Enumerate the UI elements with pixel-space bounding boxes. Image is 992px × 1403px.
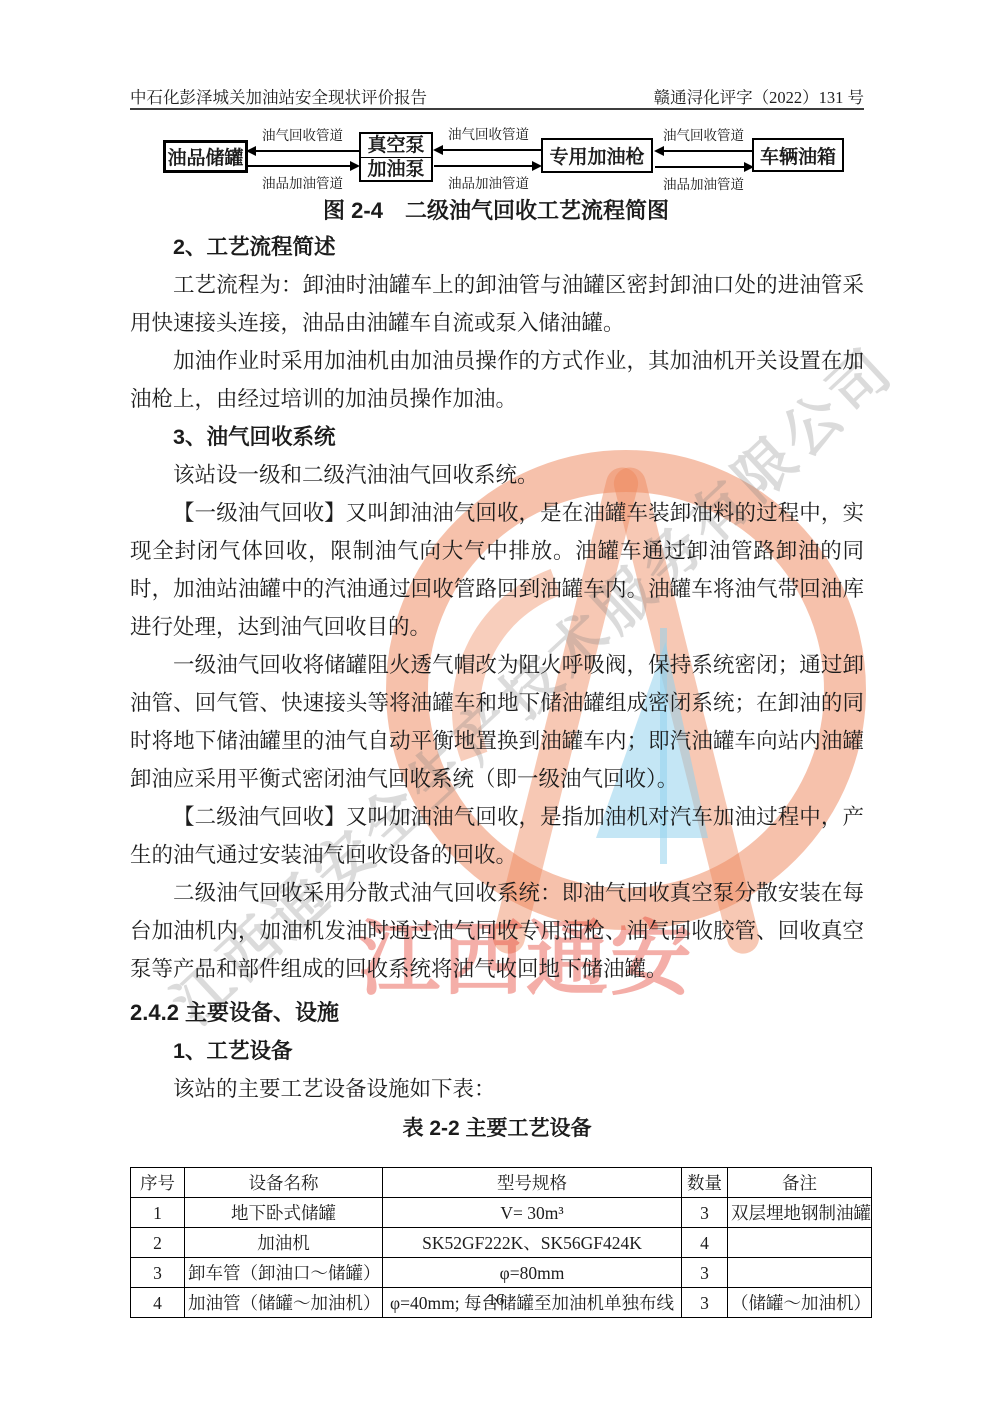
header-rule [130, 108, 864, 110]
pipe-label-fuel: 油品加油管道 [262, 172, 343, 192]
diagram-node-storage-tank: 油品储罐 [163, 140, 248, 173]
diagram-node-vehicle-tank: 车辆油箱 [752, 138, 844, 172]
table-caption: 表 2-2 主要工艺设备 [130, 1112, 864, 1146]
table-cell: 3 [131, 1258, 185, 1288]
heading-vapor-recovery: 3、油气回收系统 [130, 418, 864, 456]
pipe-label-recovery: 油气回收管道 [262, 124, 343, 144]
pipe-label-recovery: 油气回收管道 [663, 124, 744, 144]
heading-242-main-equipment: 2.4.2 主要设备、设施 [130, 994, 864, 1032]
body-text: 2、工艺流程简述 工艺流程为：卸油时油罐车上的卸油管与油罐区密封卸油口处的进油管… [130, 228, 864, 1318]
table-header-cell: 型号规格 [383, 1168, 682, 1198]
table-header-cell: 数量 [682, 1168, 728, 1198]
table-cell [728, 1228, 872, 1258]
figure-caption: 图 2-4 二级油气回收工艺流程简图 [0, 194, 992, 225]
paragraph: 加油作业时采用加油机由加油员操作的方式作业，其加油机开关设置在加油枪上，由经过培… [130, 342, 864, 418]
paragraph: 该站设一级和二级汽油油气回收系统。 [130, 456, 864, 494]
table-cell [728, 1258, 872, 1288]
pipe-label-fuel: 油品加油管道 [448, 172, 529, 192]
table-cell: 加油机 [185, 1228, 383, 1258]
paragraph: 二级油气回收采用分散式油气回收系统：即油气回收真空泵分散安装在每台加油机内，加油… [130, 874, 864, 988]
header-report-title: 中石化彭泽城关加油站安全现状评价报告 [130, 84, 427, 108]
table-row: 3卸车管（卸油口～储罐）φ=80mm3 [131, 1258, 872, 1288]
table-cell: 双层埋地钢制油罐 [728, 1198, 872, 1228]
pipe-line-fuel [434, 165, 533, 167]
pipe-line-recovery [442, 149, 541, 151]
table-row: 2加油机SK52GF222K、SK56GF424K4 [131, 1228, 872, 1258]
table-cell: 3 [682, 1258, 728, 1288]
table-cell: SK52GF222K、SK56GF424K [383, 1228, 682, 1258]
paragraph: 该站的主要工艺设备设施如下表： [130, 1070, 864, 1108]
heading-process-equipment: 1、工艺设备 [130, 1032, 864, 1070]
table-cell: φ=80mm [383, 1258, 682, 1288]
arrowhead-left-icon [654, 146, 664, 156]
arrowhead-right-icon [532, 161, 542, 171]
pipe-line-fuel [248, 165, 351, 167]
heading-process-summary: 2、工艺流程简述 [130, 228, 864, 266]
paragraph: 【一级油气回收】又叫卸油油气回收，是在油罐车装卸油料的过程中，实现全封闭气体回收… [130, 494, 864, 646]
arrowhead-right-icon [350, 161, 360, 171]
diagram-node-fuel-pump-line2: 加油泵 [361, 158, 431, 181]
pipe-label-recovery: 油气回收管道 [448, 123, 529, 143]
table-header-row: 序号设备名称型号规格数量备注 [131, 1168, 872, 1198]
diagram-node-vacuum-pump-line1: 真空泵 [361, 134, 431, 158]
diagram-node-nozzle: 专用加油枪 [541, 138, 653, 173]
table-cell: 4 [682, 1228, 728, 1258]
paragraph: 【二级油气回收】又叫加油油气回收，是指加油机对汽车加油过程中，产生的油气通过安装… [130, 798, 864, 874]
table-cell: 地下卧式储罐 [185, 1198, 383, 1228]
paragraph: 一级油气回收将储罐阻火透气帽改为阻火呼吸阀，保持系统密闭；通过卸油管、回气管、快… [130, 646, 864, 798]
table-header-cell: 序号 [131, 1168, 185, 1198]
table-cell: V= 30m³ [383, 1198, 682, 1228]
paragraph: 工艺流程为：卸油时油罐车上的卸油管与油罐区密封卸油口处的进油管采用快速接头连接，… [130, 266, 864, 342]
pipe-line-recovery [663, 150, 752, 152]
arrowhead-right-icon [744, 162, 754, 172]
table-header-cell: 备注 [728, 1168, 872, 1198]
document-page: 江西通安全生产技术服务有限公司 江西通安 中石化彭泽城关加油站安全现状评价报告 … [0, 0, 992, 1403]
header-doc-number: 赣通浔化评字（2022）131 号 [654, 84, 864, 108]
arrowhead-left-icon [246, 146, 256, 156]
pipe-label-fuel: 油品加油管道 [663, 173, 744, 193]
table-cell: 1 [131, 1198, 185, 1228]
pipe-line-recovery [255, 150, 359, 152]
arrowhead-left-icon [433, 145, 443, 155]
diagram-node-vacuum-pump: 真空泵 加油泵 [359, 132, 433, 182]
table-header-cell: 设备名称 [185, 1168, 383, 1198]
table-cell: 3 [682, 1198, 728, 1228]
page-number: 16 [0, 1290, 992, 1310]
pipe-line-fuel [655, 166, 745, 168]
table-row: 1地下卧式储罐V= 30m³3双层埋地钢制油罐 [131, 1198, 872, 1228]
table-cell: 卸车管（卸油口～储罐） [185, 1258, 383, 1288]
table-cell: 2 [131, 1228, 185, 1258]
